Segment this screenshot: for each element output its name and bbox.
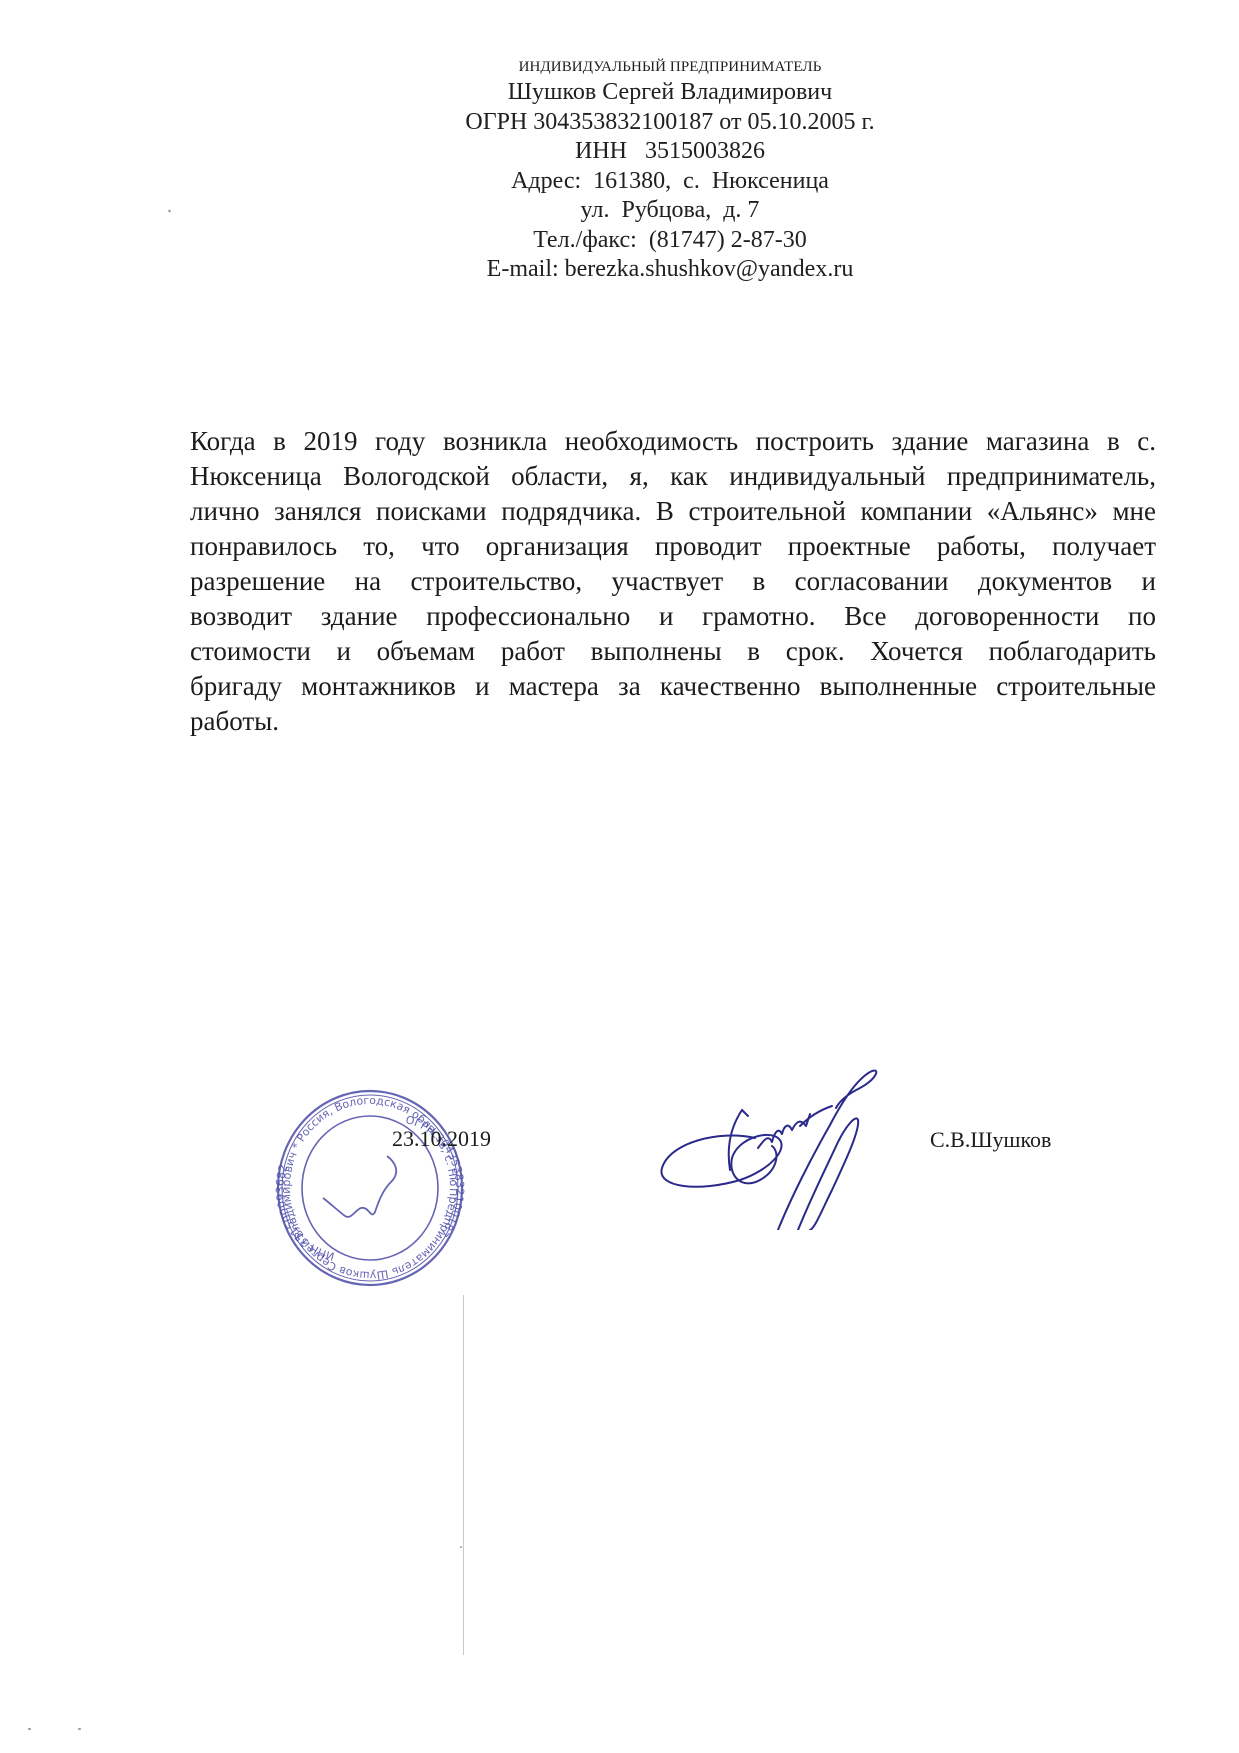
scan-fold-line bbox=[463, 1295, 464, 1655]
letterhead-title: ИНДИВИДУАЛЬНЫЙ ПРЕДПРИНИМАТЕЛЬ bbox=[420, 56, 920, 78]
ogrn-line: ОГРН 304353832100187 от 05.10.2005 г. bbox=[420, 108, 920, 138]
handwritten-signature bbox=[660, 1030, 900, 1230]
testimonial-paragraph: Когда в 2019 году возникла необходимость… bbox=[190, 424, 1156, 739]
letterhead: ИНДИВИДУАЛЬНЫЙ ПРЕДПРИНИМАТЕЛЬ Шушков Се… bbox=[420, 56, 920, 285]
scan-speck bbox=[460, 1546, 462, 1548]
letter-date: 23.10.2019 bbox=[392, 1126, 491, 1152]
stamp-emblem bbox=[323, 1156, 396, 1217]
scan-speck bbox=[78, 1728, 81, 1730]
paragraph-line: Нюксеница Вологодской области, я, как ин… bbox=[190, 459, 1156, 494]
paragraph-line: стоимости и объемам работ выполнены в ср… bbox=[190, 634, 1156, 669]
paragraph-line: работы. bbox=[190, 704, 1156, 739]
document-page: ИНДИВИДУАЛЬНЫЙ ПРЕДПРИНИМАТЕЛЬ Шушков Се… bbox=[0, 0, 1239, 1753]
paragraph-line: Когда в 2019 году возникла необходимость… bbox=[190, 424, 1156, 459]
scan-speck bbox=[28, 1728, 31, 1730]
paragraph-line: разрешение на строительство, участвует в… bbox=[190, 564, 1156, 599]
phone-fax-line: Тел./факс: (81747) 2-87-30 bbox=[420, 226, 920, 256]
paragraph-line: возводит здание профессионально и грамот… bbox=[190, 599, 1156, 634]
address-line-2: ул. Рубцова, д. 7 bbox=[420, 196, 920, 226]
scan-speck bbox=[168, 209, 172, 212]
official-stamp: Предприниматель Шушков Сергей Владимиров… bbox=[275, 1088, 465, 1288]
signer-name: С.В.Шушков bbox=[930, 1127, 1051, 1153]
entrepreneur-name: Шушков Сергей Владимирович bbox=[420, 78, 920, 108]
paragraph-line: бригаду монтажников и мастера за качеств… bbox=[190, 669, 1156, 704]
paragraph-line: лично занялся поисками подрядчика. В стр… bbox=[190, 494, 1156, 529]
address-line-1: Адрес: 161380, с. Нюксеница bbox=[420, 167, 920, 197]
paragraph-line: понравилось то, что организация проводит… bbox=[190, 529, 1156, 564]
email-line: E-mail: berezka.shushkov@yandex.ru bbox=[420, 255, 920, 285]
inn-line: ИНН 3515003826 bbox=[420, 137, 920, 167]
